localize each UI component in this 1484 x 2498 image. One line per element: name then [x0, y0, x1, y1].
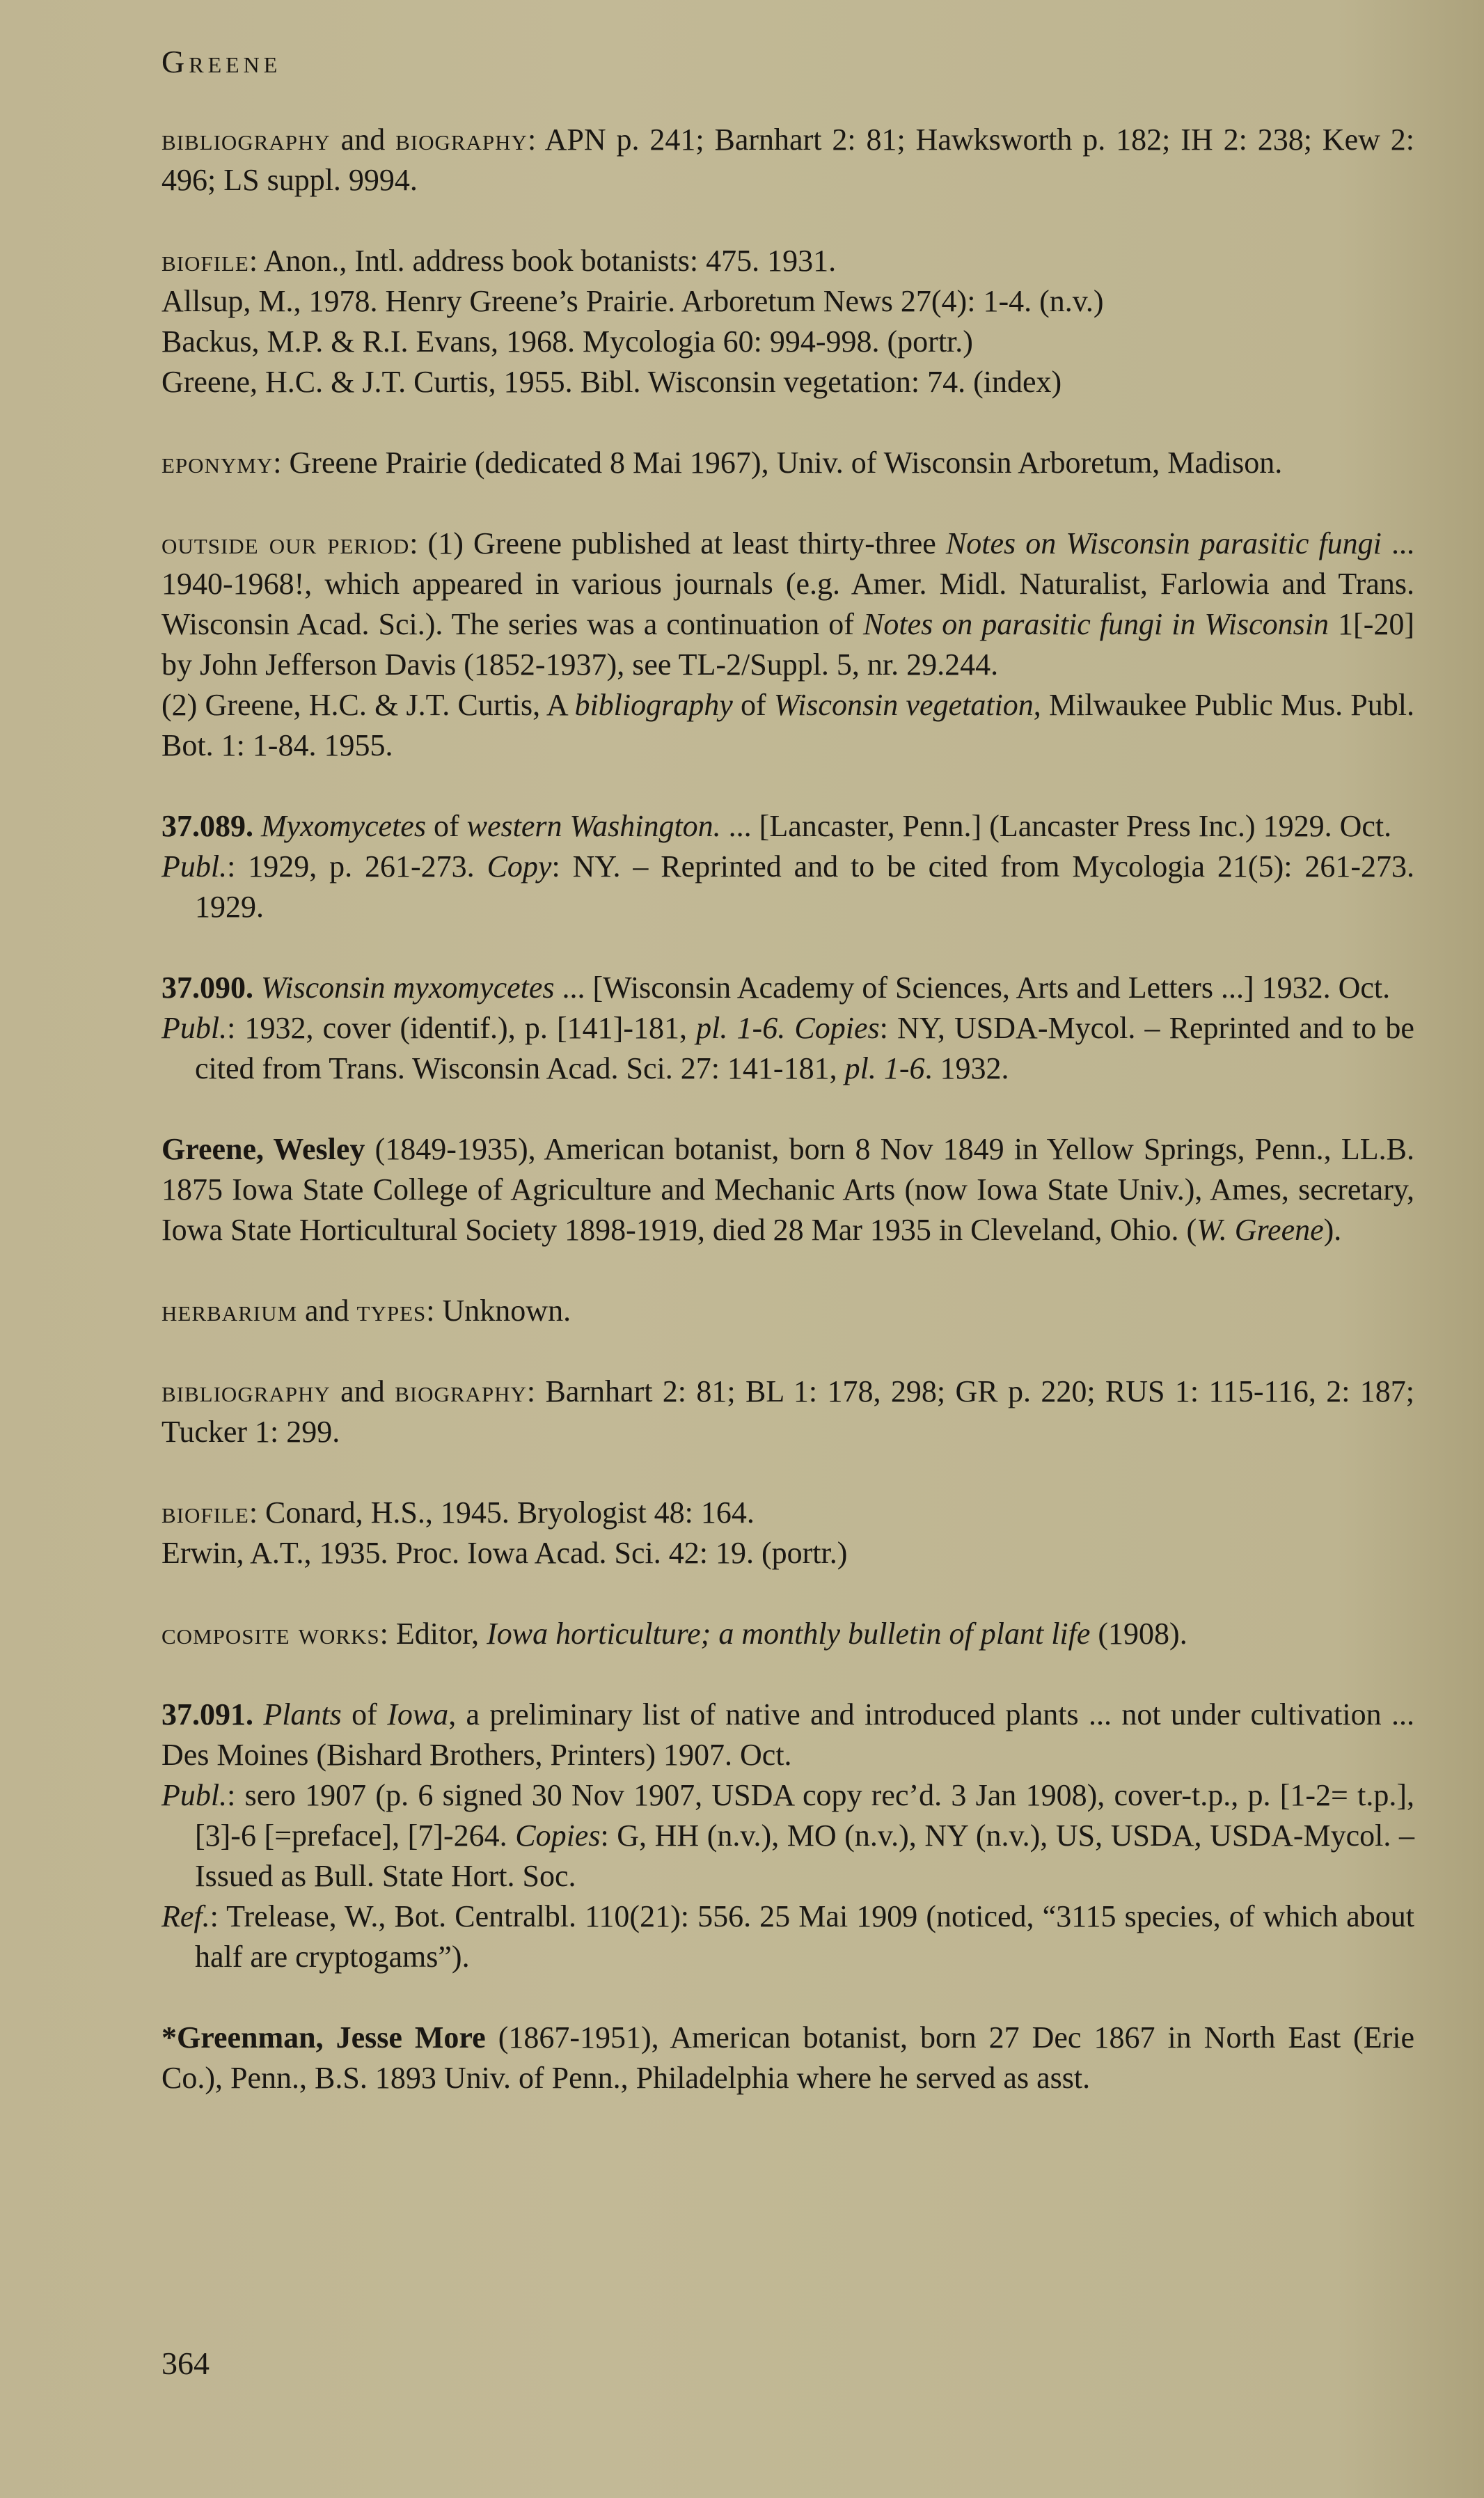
label: biofile [161, 244, 249, 278]
author-biography: *Greenman, Jesse More (1867-1951), Ameri… [161, 2018, 1414, 2098]
author-name: Greene, Wesley [161, 1132, 365, 1166]
label-connector: and [331, 123, 395, 157]
publ-label: Publ. [161, 849, 227, 883]
title-italic: Notes on Wisconsin parasitic fungi [946, 526, 1382, 560]
title-italic: Iowa [387, 1697, 448, 1731]
text: (1908). [1090, 1617, 1187, 1651]
composite-works-text: composite works: Editor, Iowa horticultu… [161, 1614, 1414, 1654]
text: : Unknown. [426, 1294, 571, 1328]
biofile-line: biofile: Conard, H.S., 1945. Bryologist … [161, 1493, 1414, 1533]
bibliography-section-2: bibliography and biography: Barnhart 2: … [161, 1372, 1414, 1452]
page-body: Greene bibliography and biography: APN p… [161, 42, 1414, 2098]
entry-number: 37.090. [161, 971, 253, 1005]
bibliography-text: bibliography and biography: APN p. 241; … [161, 120, 1414, 201]
biofile-line: Backus, M.P. & R.I. Evans, 1968. Mycolog… [161, 322, 1414, 362]
title-italic: bibliography [574, 688, 732, 722]
publication-info: Publ.: sero 1907 (p. 6 signed 30 Nov 190… [161, 1775, 1414, 1896]
bibliography-text: bibliography and biography: Barnhart 2: … [161, 1372, 1414, 1452]
herbarium-section: herbarium and types: Unknown. [161, 1291, 1414, 1331]
biofile-section-2: biofile: Conard, H.S., 1945. Bryologist … [161, 1493, 1414, 1573]
copies-label: . Copies [777, 1011, 879, 1045]
outside-period-section: outside our period: (1) Greene published… [161, 524, 1414, 766]
entry-title: 37.089. Myxomycetes of western Washingto… [161, 806, 1414, 847]
author-entry-greenman: *Greenman, Jesse More (1867-1951), Ameri… [161, 2018, 1414, 2098]
publication-info: Publ.: 1932, cover (identif.), p. [141]-… [161, 1008, 1414, 1089]
entry-37-090: 37.090. Wisconsin myxomycetes ... [Wisco… [161, 968, 1414, 1089]
eponymy-section: eponymy: Greene Prairie (dedicated 8 Mai… [161, 443, 1414, 483]
entry-number: 37.089. [161, 809, 253, 843]
label: herbarium [161, 1294, 297, 1328]
entry-37-089: 37.089. Myxomycetes of western Washingto… [161, 806, 1414, 927]
copy-label: Copy [487, 849, 552, 883]
plates-italic: pl. 1-6 [696, 1011, 777, 1045]
page-number: 364 [161, 2345, 210, 2382]
author-entry-greene-wesley: Greene, Wesley (1849-1935), American bot… [161, 1129, 1414, 1250]
text: : Trelease, W., Bot. Centralbl. 110(21):… [195, 1899, 1414, 1974]
ref-label: Ref. [161, 1899, 210, 1933]
eponymy-text: eponymy: Greene Prairie (dedicated 8 Mai… [161, 443, 1414, 483]
label-connector: and [297, 1294, 357, 1328]
publ-label: Publ. [161, 1778, 227, 1812]
running-head: Greene [161, 42, 1414, 82]
label: biofile [161, 1495, 249, 1530]
text: ... [Wisconsin Academy of Sciences, Arts… [555, 971, 1391, 1005]
label: biography [395, 123, 528, 157]
biofile-section: biofile: Anon., Intl. address book botan… [161, 241, 1414, 402]
label: biography [395, 1374, 527, 1408]
text: ... [Lancaster, Penn.] (Lancaster Press … [721, 809, 1391, 843]
text: (2) Greene, H.C. & J.T. Curtis, A [161, 688, 574, 722]
biofile-line: Allsup, M., 1978. Henry Greene’s Prairie… [161, 281, 1414, 322]
text: : (1) Greene published at least thirty-t… [409, 526, 946, 560]
author-biography: Greene, Wesley (1849-1935), American bot… [161, 1129, 1414, 1250]
text: : 1929, p. 261-273. [227, 849, 487, 883]
text: ). [1324, 1213, 1342, 1247]
text: . 1932. [924, 1051, 1009, 1085]
title-italic: Iowa horticulture; a monthly bulletin of… [487, 1617, 1090, 1651]
label: types [357, 1294, 427, 1328]
text: of [342, 1697, 387, 1731]
plates-italic: pl. 1-6 [845, 1051, 925, 1085]
title-italic: western Washington. [467, 809, 721, 843]
text: of [733, 688, 774, 722]
entry-title: 37.090. Wisconsin myxomycetes ... [Wisco… [161, 968, 1414, 1008]
label: composite works [161, 1617, 380, 1651]
entry-37-091: 37.091. Plants of Iowa, a preliminary li… [161, 1695, 1414, 1977]
label: outside our period [161, 526, 409, 560]
title-italic: Notes on parasitic fungi in Wisconsin [863, 607, 1329, 641]
reference-info: Ref.: Trelease, W., Bot. Centralbl. 110(… [161, 1896, 1414, 1977]
composite-works-section: composite works: Editor, Iowa horticultu… [161, 1614, 1414, 1654]
eponymy-body: : Greene Prairie (dedicated 8 Mai 1967),… [273, 446, 1282, 480]
biofile-line: biofile: Anon., Intl. address book botan… [161, 241, 1414, 281]
publ-label: Publ. [161, 1011, 227, 1045]
biofile-ref: : Conard, H.S., 1945. Bryologist 48: 164… [249, 1495, 755, 1530]
bibliography-section: bibliography and biography: APN p. 241; … [161, 120, 1414, 201]
entry-number: 37.091. [161, 1697, 253, 1731]
title-italic: Wisconsin vegetation [774, 688, 1034, 722]
author-abbreviation: W. Greene [1197, 1213, 1323, 1247]
text: of [426, 809, 467, 843]
outside-period-note-2: (2) Greene, H.C. & J.T. Curtis, A biblio… [161, 685, 1414, 766]
label-connector: and [331, 1374, 395, 1408]
entry-title: 37.091. Plants of Iowa, a preliminary li… [161, 1695, 1414, 1775]
herbarium-text: herbarium and types: Unknown. [161, 1291, 1414, 1331]
label: eponymy [161, 446, 273, 480]
title-italic: Myxomycetes [261, 809, 426, 843]
title-italic: Plants [263, 1697, 341, 1731]
outside-period-note-1: outside our period: (1) Greene published… [161, 524, 1414, 685]
biofile-ref: : Anon., Intl. address book botanists: 4… [249, 244, 836, 278]
text: : 1932, cover (identif.), p. [141]-181, [227, 1011, 696, 1045]
biofile-line: Erwin, A.T., 1935. Proc. Iowa Acad. Sci.… [161, 1533, 1414, 1573]
publication-info: Publ.: 1929, p. 261-273. Copy: NY. – Rep… [161, 847, 1414, 927]
biofile-line: Greene, H.C. & J.T. Curtis, 1955. Bibl. … [161, 362, 1414, 402]
text: : Editor, [380, 1617, 487, 1651]
author-name: *Greenman, Jesse More [161, 2020, 486, 2055]
title-italic: Wisconsin myxomycetes [261, 971, 555, 1005]
label: bibliography [161, 1374, 331, 1408]
label: bibliography [161, 123, 331, 157]
copies-label: Copies [515, 1818, 600, 1853]
